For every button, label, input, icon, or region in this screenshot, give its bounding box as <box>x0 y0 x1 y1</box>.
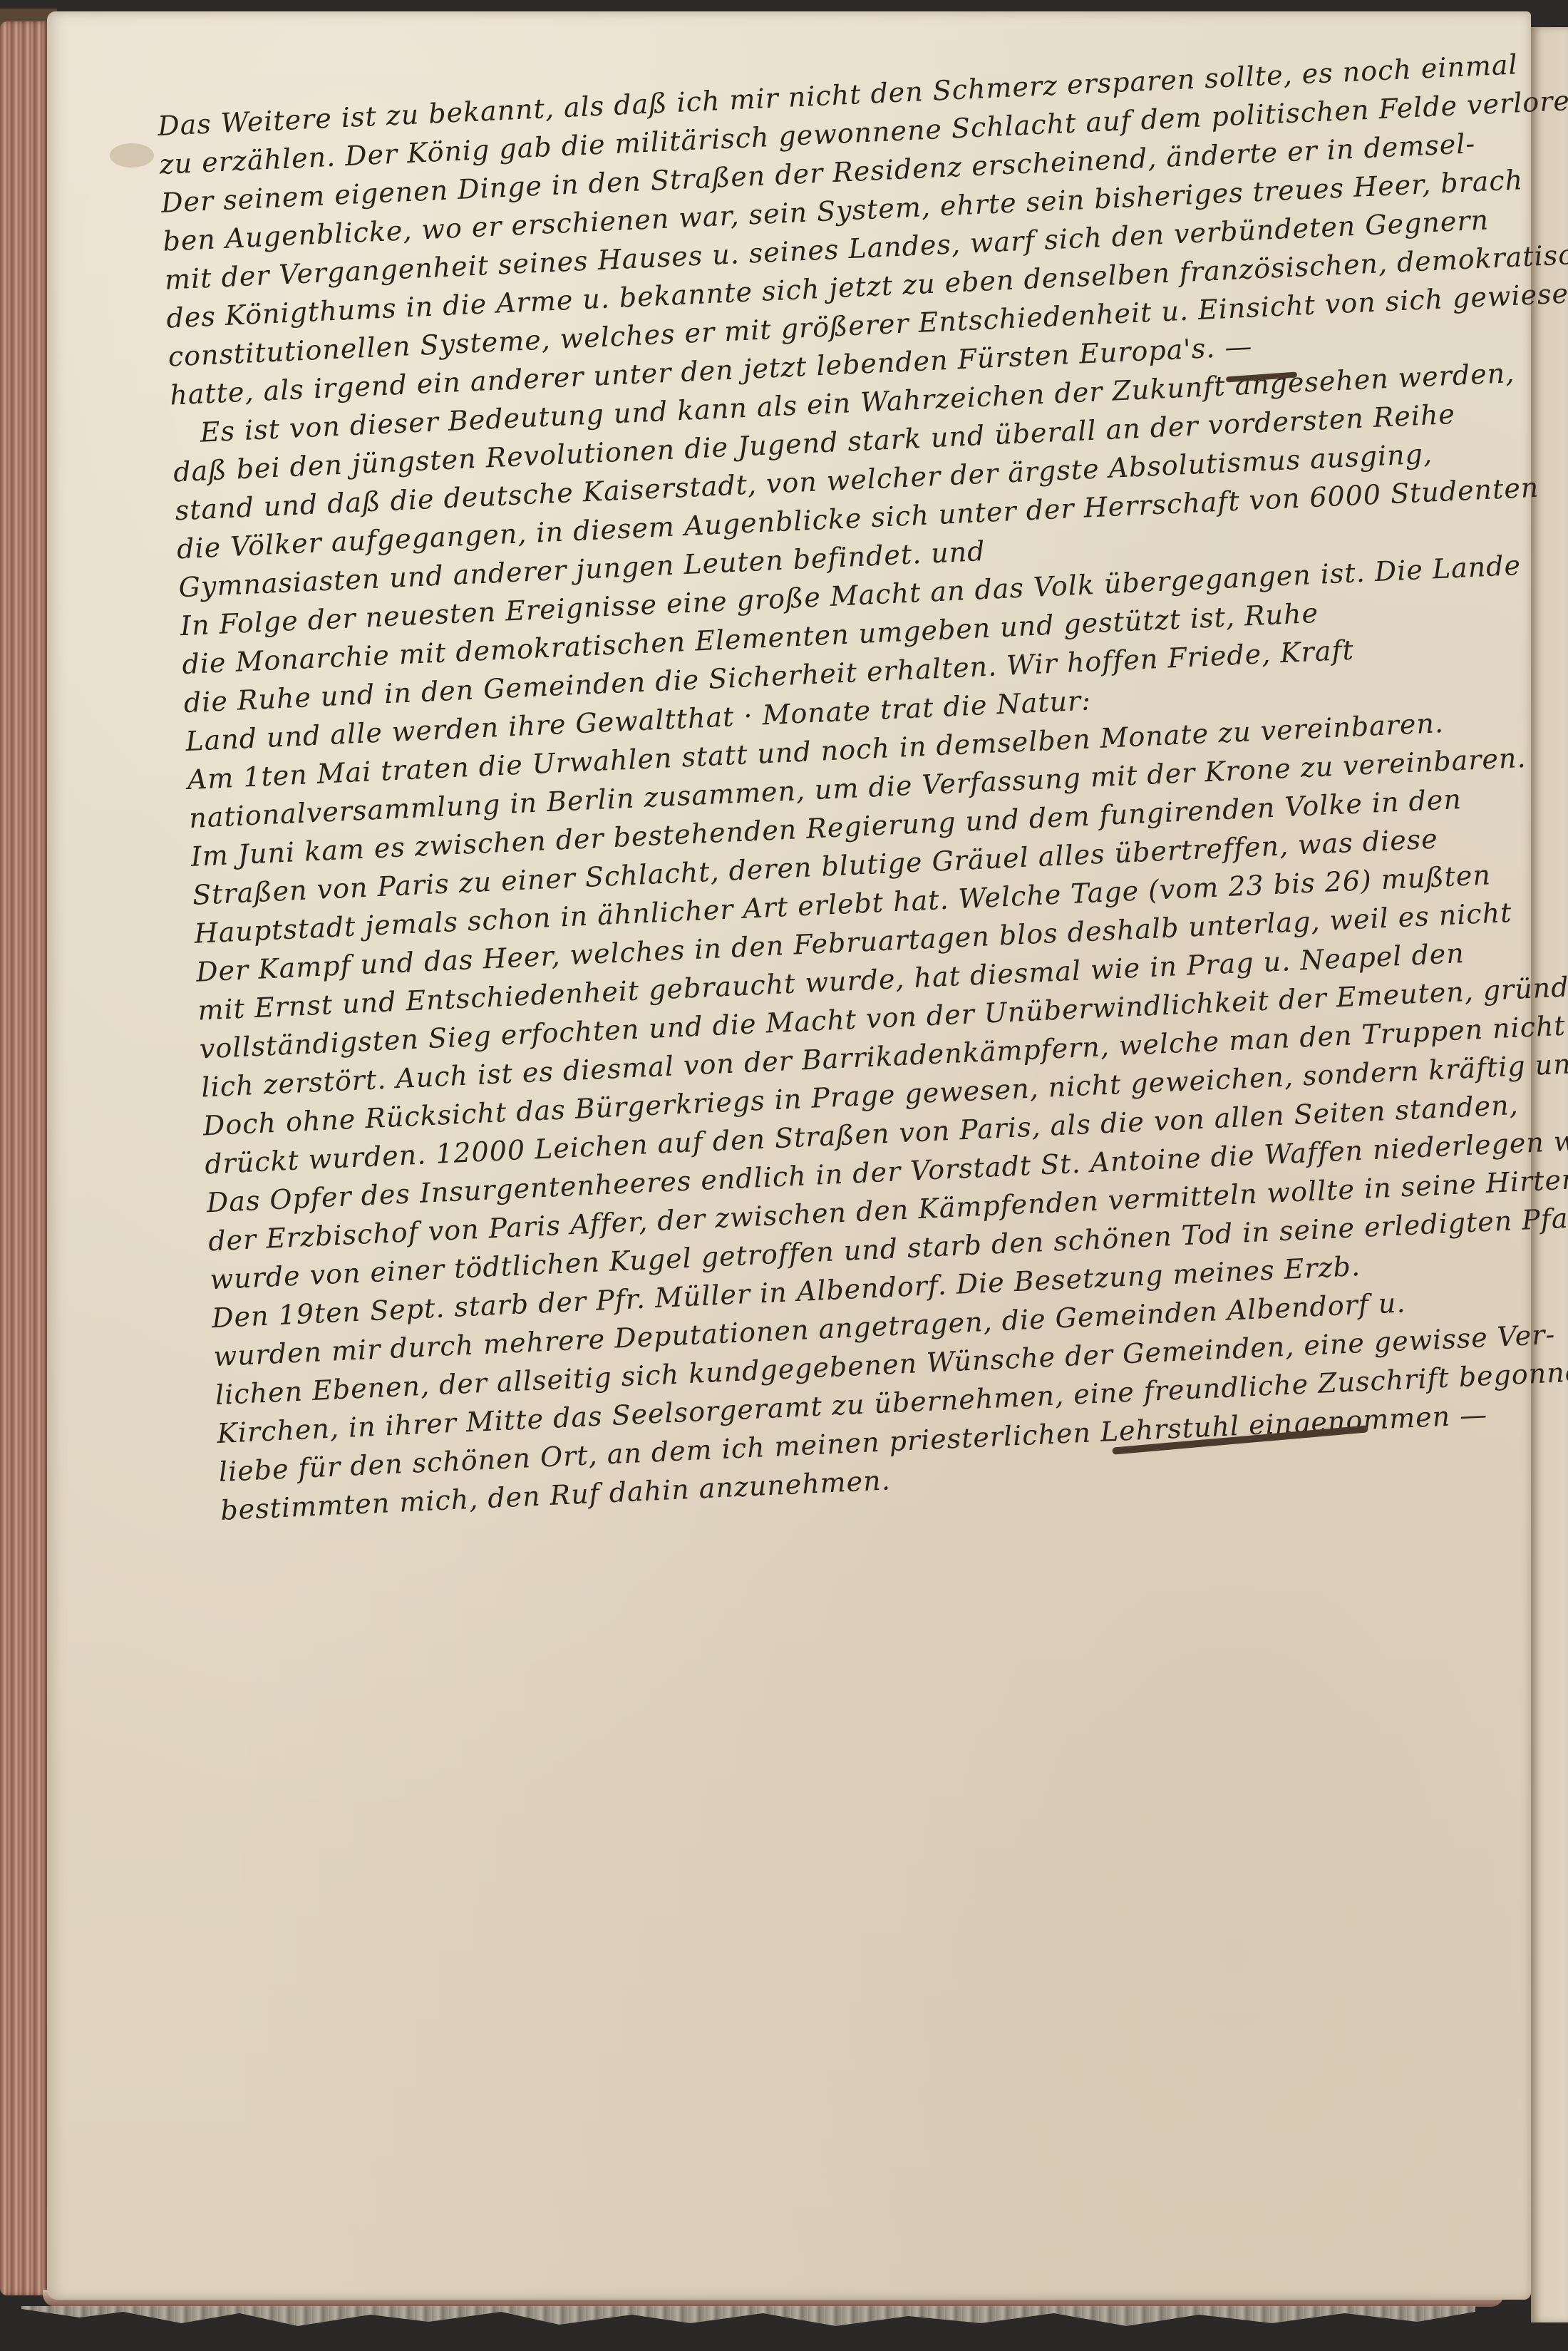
paper-stain <box>110 143 154 168</box>
page-edge-stack <box>0 21 50 2295</box>
handwritten-text-block: Das Weitere ist zu bekannt, als daß ich … <box>157 46 1568 1530</box>
manuscript-scan: Das Weitere ist zu bekannt, als daß ich … <box>0 0 1568 2351</box>
torn-bottom-binding <box>21 2306 1475 2335</box>
